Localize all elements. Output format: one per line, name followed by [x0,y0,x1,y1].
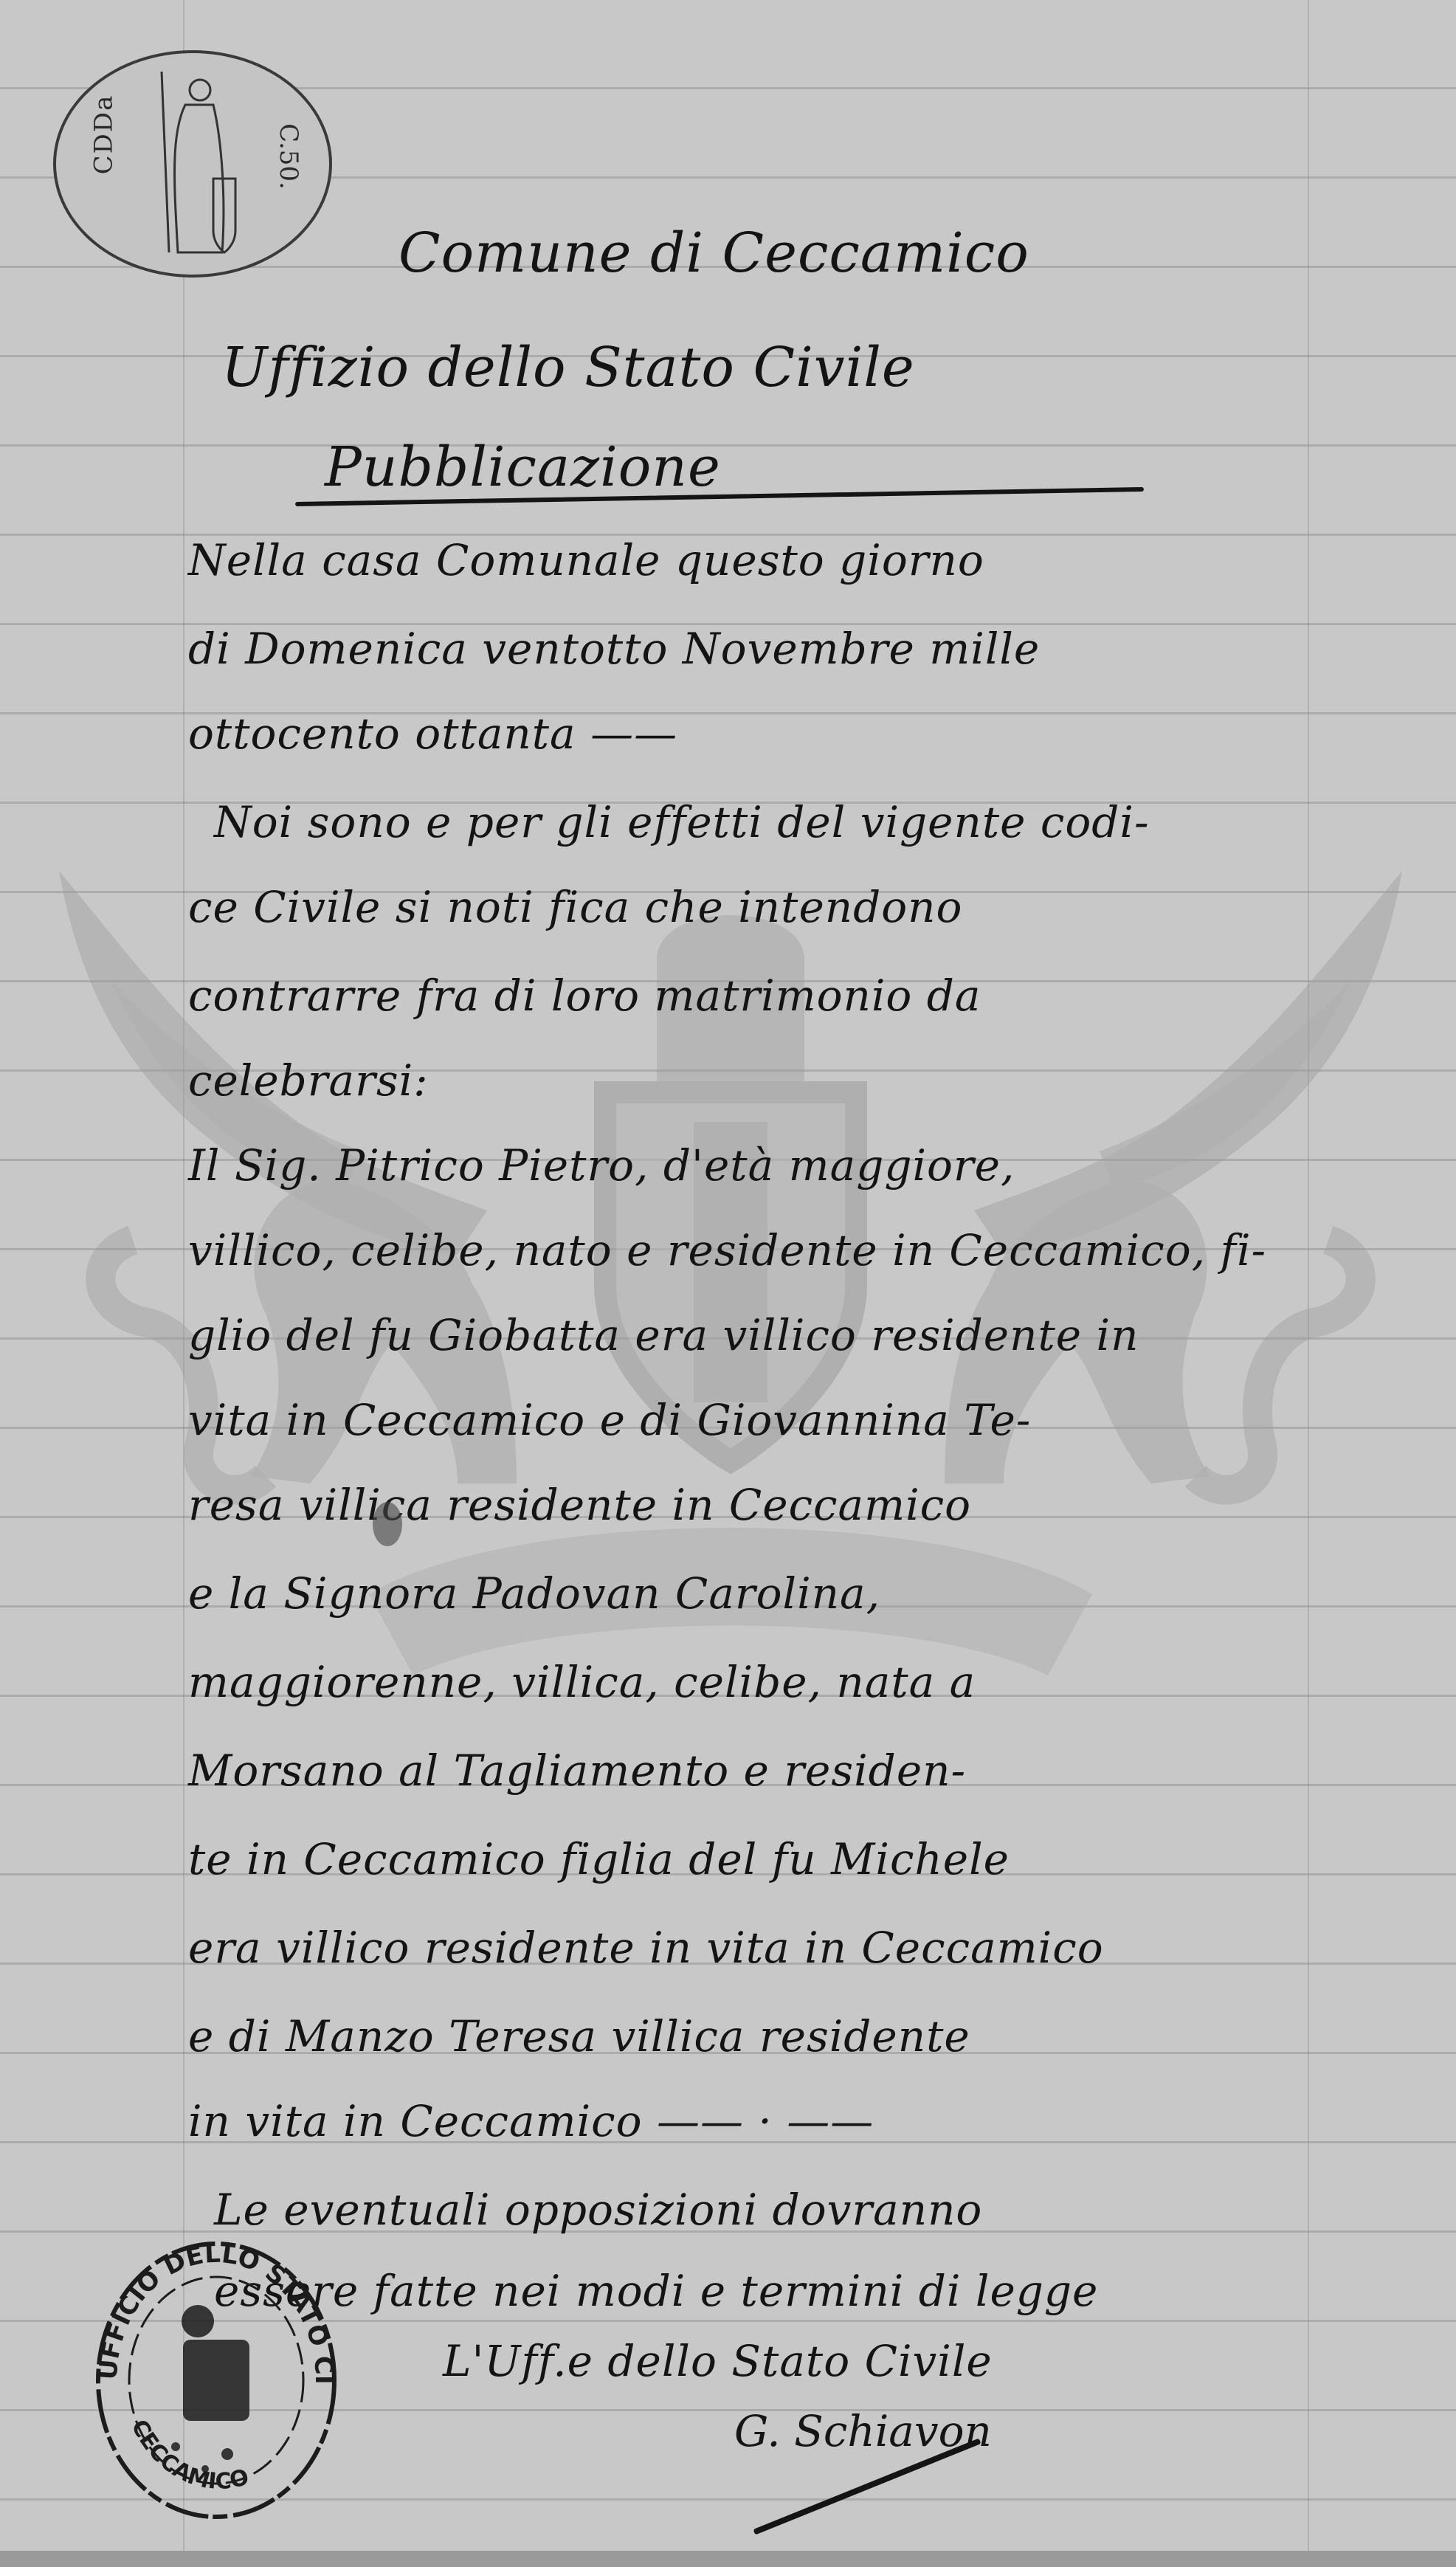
body-line: di Domenica ventotto Novembre mille [188,624,1040,674]
body-line: maggiorenne, villica, celibe, nata a [188,1657,976,1707]
left-margin-rule [183,0,184,2567]
body-line: Noi sono e per gli effetti del vigente c… [214,797,1150,847]
officer-title: L'Uff.e dello Stato Civile [443,2336,993,2386]
office-heading: Uffizio dello Stato Civile [221,336,915,399]
body-line: glio del fu Giobatta era villico residen… [188,1310,1139,1360]
municipality-heading: Comune di Ceccamico [398,221,1029,285]
body-line: vita in Ceccamico e di Giovannina Te- [188,1395,1031,1445]
stamp-value-text: C.50. [274,123,303,190]
revenue-stamp: CDDa C.50. [53,50,332,278]
body-line: Nella casa Comunale questo giorno [188,535,984,585]
body-line: celebrarsi: [188,1055,429,1106]
document-title: Pubblicazione [325,435,721,499]
allegorical-figure-icon [148,68,237,260]
body-line: Il Sig. Pitrico Pietro, d'età maggiore, [188,1140,1015,1191]
ink-blot [373,1502,402,1546]
right-margin-rule [1308,0,1309,2567]
body-line: resa villica residente in Ceccamico [188,1480,971,1530]
body-line: essere fatte nei modi e termini di legge [214,2266,1098,2316]
body-line: e la Signora Padovan Carolina, [188,1568,880,1619]
body-line: ce Civile si noti fica che intendono [188,882,962,932]
body-line: era villico residente in vita in Ceccami… [188,1923,1104,1973]
body-line: contrarre fra di loro matrimonio da [188,971,981,1021]
body-line: Morsano al Tagliamento e residen- [188,1746,966,1796]
civil-registry-seal-icon: UFFICIO DELLO STATO CIVILE CECCAMICO [87,2233,345,2528]
body-line: villico, celibe, nato e residente in Cec… [188,1225,1266,1275]
body-line: Le eventuali opposizioni dovranno [214,2185,982,2235]
body-line: in vita in Ceccamico —— · —— [188,2096,874,2146]
body-line: ottocento ottanta —— [188,709,677,759]
page-bottom-edge [0,2551,1456,2567]
body-line: te in Ceccamico figlia del fu Michele [188,1834,1010,1884]
document-page: CDDa C.50. Comune di Ceccamico Uffizio d… [0,0,1456,2567]
stamp-left-text: CDDa [89,94,118,175]
body-line: e di Manzo Teresa villica residente [188,2011,970,2061]
